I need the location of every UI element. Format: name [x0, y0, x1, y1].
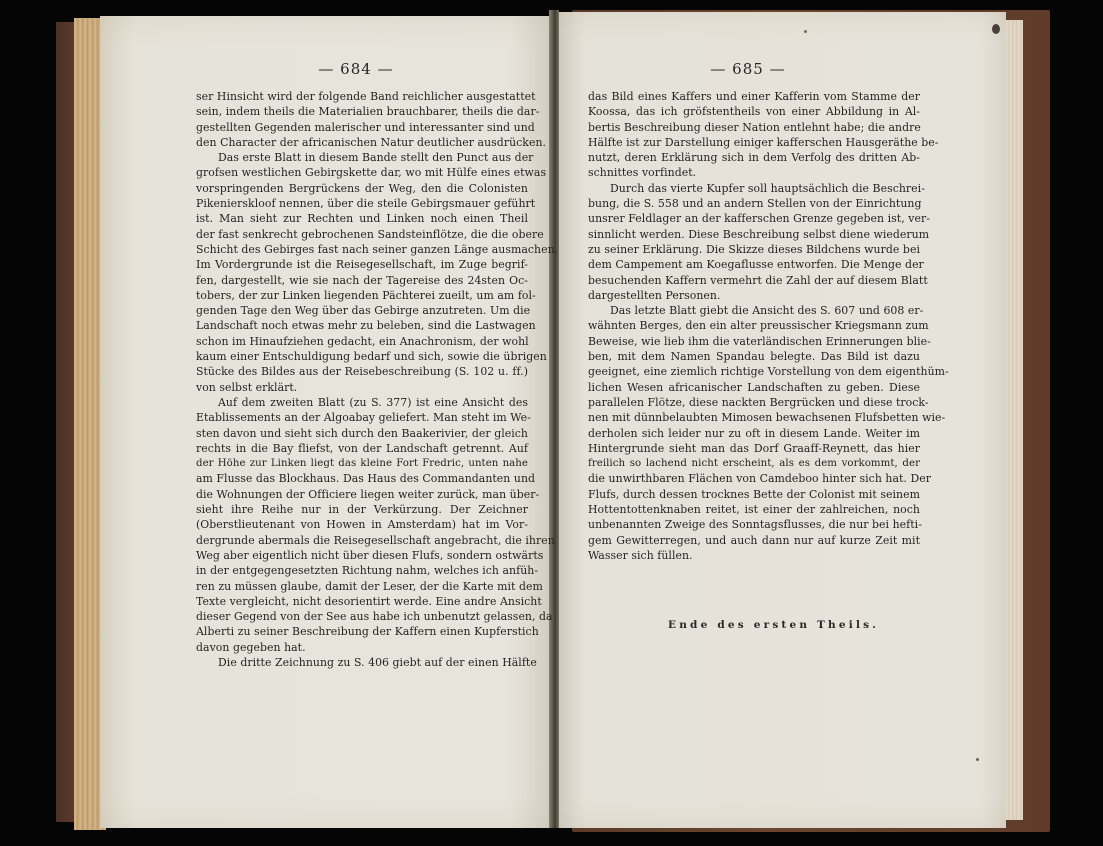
text-line: Schicht des Gebirges fast nach seiner ga… — [196, 242, 528, 257]
text-line: schnittes vorfindet. — [588, 165, 920, 180]
text-line: Texte vergleicht, nicht desorientirt wer… — [196, 594, 528, 609]
text-line: ser Hinsicht wird der folgende Band reic… — [196, 89, 528, 104]
text-line: der fast senkrecht gebrochenen Sandstein… — [196, 227, 528, 242]
right-page-text: das Bild eines Kaffers und einer Kafferi… — [588, 89, 920, 563]
page-stain-dot-bottom — [976, 758, 979, 761]
text-line: bung, die S. 558 und an andern Stellen v… — [588, 196, 920, 211]
text-line: zu seiner Erklärung. Die Skizze dieses B… — [588, 242, 920, 257]
text-line: wähnten Berges, den ein alter preussisch… — [588, 318, 920, 333]
text-line: Stücke des Bildes aus der Reisebeschreib… — [196, 364, 528, 379]
text-line: bertis Beschreibung dieser Nation entleh… — [588, 120, 920, 135]
text-line: rechts in die Bay fliefst, von der Lands… — [196, 441, 528, 456]
text-line: Pikenierskloof nennen, über die steile G… — [196, 196, 528, 211]
text-line: tobers, der zur Linken liegenden Pächter… — [196, 288, 528, 303]
text-line: Weg aber eigentlich nicht über diesen Fl… — [196, 548, 528, 563]
text-line: Das erste Blatt in diesem Bande stellt d… — [196, 150, 528, 165]
left-page-text: ser Hinsicht wird der folgende Band reic… — [196, 89, 528, 670]
text-line: sinnlicht werden. Diese Beschreibung sel… — [588, 227, 920, 242]
text-line: sten davon und sieht sich durch den Baak… — [196, 426, 528, 441]
text-line: fen, dargestellt, wie sie nach der Tager… — [196, 273, 528, 288]
text-line: Landschaft noch etwas mehr zu beleben, s… — [196, 318, 528, 333]
text-line: nen mit dünnbelaubten Mimosen bewachsene… — [588, 410, 920, 425]
text-line: dargestellten Personen. — [588, 288, 920, 303]
text-line: den Character der africanischen Natur de… — [196, 135, 528, 150]
text-line: ist. Man sieht zur Rechten und Linken no… — [196, 211, 528, 226]
text-line: Die dritte Zeichnung zu S. 406 giebt auf… — [196, 655, 528, 670]
text-line: Auf dem zweiten Blatt (zu S. 377) ist ei… — [196, 395, 528, 410]
text-line: Etablissements an der Algoabay geliefert… — [196, 410, 528, 425]
text-line: ben, mit dem Namen Spandau belegte. Das … — [588, 349, 920, 364]
text-line: die Wohnungen der Officiere liegen weite… — [196, 487, 528, 502]
text-line: Hälfte ist zur Darstellung einiger kaffe… — [588, 135, 920, 150]
text-line: Hintergrunde sieht man das Dorf Graaff-R… — [588, 441, 920, 456]
text-line: geeignet, eine ziemlich richtige Vorstel… — [588, 364, 920, 379]
text-line: davon gegeben hat. — [196, 640, 528, 655]
text-line: dieser Gegend von der See aus habe ich u… — [196, 609, 528, 624]
text-line: von selbst erklärt. — [196, 380, 528, 395]
text-line: unsrer Feldlager an der kafferschen Gren… — [588, 211, 920, 226]
page-stain-top-right — [992, 24, 1000, 34]
text-line: Alberti zu seiner Beschreibung der Kaffe… — [196, 624, 528, 639]
text-line: am Flusse das Blockhaus. Das Haus des Co… — [196, 471, 528, 486]
text-line: freilich so lachend nicht erscheint, als… — [588, 456, 920, 471]
text-line: Koossa, das ich gröfstentheils von einer… — [588, 104, 920, 119]
text-line: gem Gewitterregen, und auch dann nur auf… — [588, 533, 920, 548]
left-page-number: — 684 — — [296, 60, 416, 78]
text-line: ren zu müssen glaube, damit der Leser, d… — [196, 579, 528, 594]
page-stain-dot — [804, 30, 807, 33]
text-line: der Höhe zur Linken liegt das kleine For… — [196, 456, 528, 471]
text-line: (Oberstlieutenant von Howen in Amsterdam… — [196, 517, 528, 532]
book-gutter — [549, 10, 559, 828]
right-page-number: — 685 — — [688, 60, 808, 78]
text-line: Hottentottenknaben reitet, ist einer der… — [588, 502, 920, 517]
text-line: kaum einer Entschuldigung bedarf und sic… — [196, 349, 528, 364]
text-line: gestellten Gegenden malerischer und inte… — [196, 120, 528, 135]
text-line: lichen Wesen africanischer Landschaften … — [588, 380, 920, 395]
text-line: nutzt, deren Erklärung sich in dem Verfo… — [588, 150, 920, 165]
text-line: besuchenden Kaffern vermehrt die Zahl de… — [588, 273, 920, 288]
text-line: schon im Hinaufziehen gedacht, ein Anach… — [196, 334, 528, 349]
text-line: vorspringenden Bergrückens der Weg, den … — [196, 181, 528, 196]
text-line: Durch das vierte Kupfer soll hauptsächli… — [588, 181, 920, 196]
text-line: das Bild eines Kaffers und einer Kafferi… — [588, 89, 920, 104]
text-line: parallelen Flötze, diese nackten Bergrüc… — [588, 395, 920, 410]
text-line: grofsen westlichen Gebirgskette dar, wo … — [196, 165, 528, 180]
text-line: Beweise, wie lieb ihm die vaterländische… — [588, 334, 920, 349]
text-line: Das letzte Blatt giebt die Ansicht des S… — [588, 303, 920, 318]
page-edges-right — [1003, 20, 1023, 820]
text-line: dergrunde abermals die Reisegesellschaft… — [196, 533, 528, 548]
text-line: Im Vordergrunde ist die Reisegesellschaf… — [196, 257, 528, 272]
text-line: unbenannten Zweige des Sonntagsflusses, … — [588, 517, 920, 532]
text-line: sieht ihre Reihe nur in der Verkürzung. … — [196, 502, 528, 517]
text-line: Wasser sich füllen. — [588, 548, 920, 563]
text-line: sein, indem theils die Materialien brauc… — [196, 104, 528, 119]
text-line: derholen sich leider nur zu oft in diese… — [588, 426, 920, 441]
text-line: in der entgegengesetzten Richtung nahm, … — [196, 563, 528, 578]
text-line: die unwirthbaren Flächen von Camdeboo hi… — [588, 471, 920, 486]
text-line: dem Campement am Koegaflusse entworfen. … — [588, 257, 920, 272]
text-line: genden Tage den Weg über das Gebirge anz… — [196, 303, 528, 318]
end-of-volume-note: Ende des ersten Theils. — [668, 619, 879, 631]
text-line: Flufs, durch dessen trocknes Bette der C… — [588, 487, 920, 502]
